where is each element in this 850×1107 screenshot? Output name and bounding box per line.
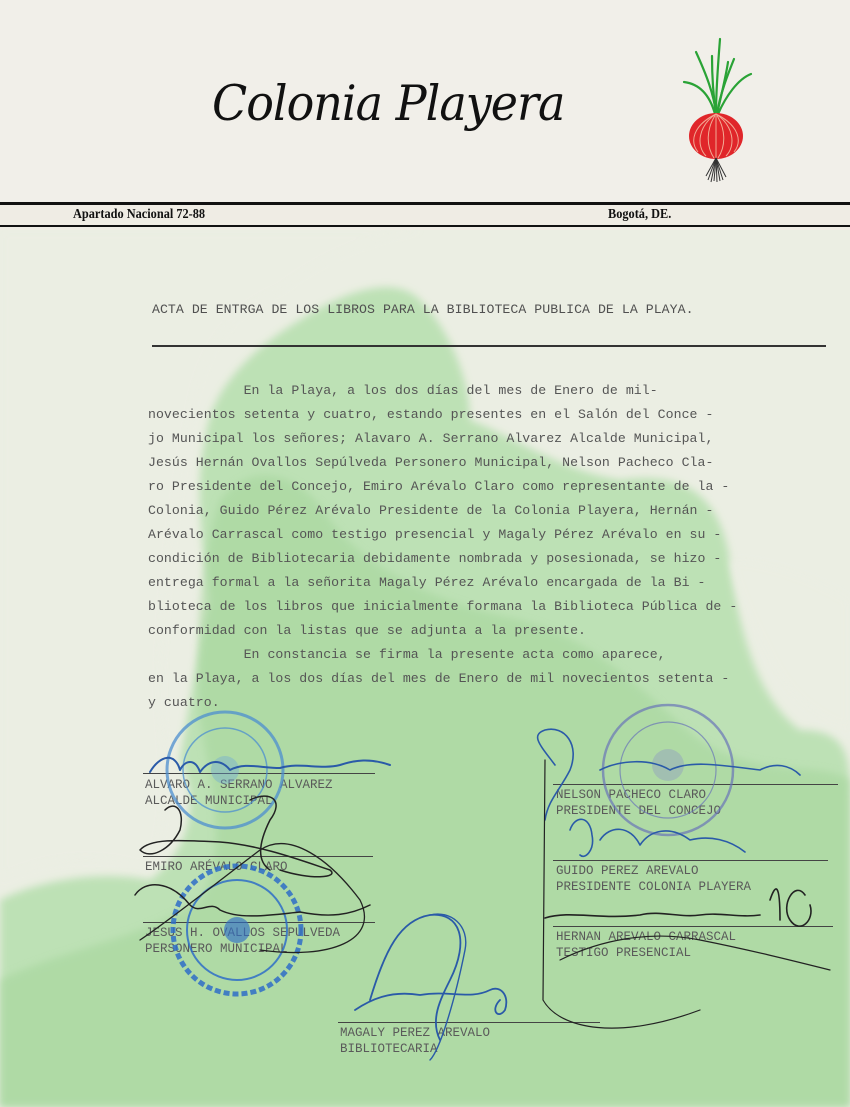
signature-line <box>338 1022 600 1023</box>
signatory-role: PRESIDENTE COLONIA PLAYERA <box>556 879 751 895</box>
signatory-block: JESUS H. OVALLOS SEPULVEDAPERSONERO MUNI… <box>145 925 340 957</box>
signature-line <box>553 860 828 861</box>
body-line: Arévalo Carrascal como testigo presencia… <box>148 527 721 542</box>
signatory-block: EMIRO ARÉVALO CLARO <box>145 859 288 875</box>
signatory-name: HERNAN AREVALO CARRASCAL <box>556 929 736 945</box>
body-line: ro Presidente del Concejo, Emiro Arévalo… <box>148 479 729 494</box>
signature-line <box>143 773 375 774</box>
signature-line <box>553 784 838 785</box>
signatory-role: TESTIGO PRESENCIAL <box>556 945 736 961</box>
signatory-name: ALVARO A. SERRANO ALVAREZ <box>145 777 333 793</box>
letterhead-bottom-rule <box>0 225 850 227</box>
body-line: entrega formal a la señorita Magaly Pére… <box>148 575 705 590</box>
body-line: En la Playa, a los dos días del mes de E… <box>148 383 658 398</box>
body-line: en la Playa, a los dos días del mes de E… <box>148 671 729 686</box>
signatory-block: ALVARO A. SERRANO ALVAREZALCALDE MUNICIP… <box>145 777 333 809</box>
document-page: Colonia Playera Apartado Nacio <box>0 0 850 1107</box>
document-title: ACTA DE ENTRGA DE LOS LIBROS PARA LA BIB… <box>152 302 694 317</box>
signatory-role: PRESIDENTE DEL CONCEJO <box>556 803 721 819</box>
signature-line <box>553 926 833 927</box>
body-line: condición de Bibliotecaria debidamente n… <box>148 551 721 566</box>
signatory-name: MAGALY PEREZ AREVALO <box>340 1025 490 1041</box>
signatory-block: GUIDO PEREZ AREVALOPRESIDENTE COLONIA PL… <box>556 863 751 895</box>
onion-icon <box>676 34 756 184</box>
signature-line <box>143 856 373 857</box>
signatory-name: GUIDO PEREZ AREVALO <box>556 863 751 879</box>
signatory-role: ALCALDE MUNICIPAL <box>145 793 333 809</box>
body-line: Colonia, Guido Pérez Arévalo Presidente … <box>148 503 713 518</box>
letterhead-top-rule <box>0 202 850 205</box>
signatory-role: BIBLIOTECARIA <box>340 1041 490 1057</box>
title-underline <box>152 345 826 347</box>
body-line: novecientos setenta y cuatro, estando pr… <box>148 407 713 422</box>
organization-logo-title: Colonia Playera <box>212 75 564 132</box>
signatory-name: JESUS H. OVALLOS SEPULVEDA <box>145 925 340 941</box>
signatory-block: HERNAN AREVALO CARRASCALTESTIGO PRESENCI… <box>556 929 736 961</box>
signatory-name: NELSON PACHECO CLARO <box>556 787 721 803</box>
body-line: Jesús Hernán Ovallos Sepúlveda Personero… <box>148 455 713 470</box>
body-line: En constancia se firma la presente acta … <box>148 647 666 662</box>
address-text: Apartado Nacional 72-88 <box>73 207 205 223</box>
signatory-block: MAGALY PEREZ AREVALOBIBLIOTECARIA <box>340 1025 490 1057</box>
body-line: conformidad con la listas que se adjunta… <box>148 623 586 638</box>
signature-line <box>143 922 375 923</box>
signatory-block: NELSON PACHECO CLAROPRESIDENTE DEL CONCE… <box>556 787 721 819</box>
city-text: Bogotá, DE. <box>608 207 671 223</box>
signatory-name: EMIRO ARÉVALO CLARO <box>145 859 288 875</box>
body-line: blioteca de los libros que inicialmente … <box>148 599 737 614</box>
body-line: jo Municipal los señores; Alavaro A. Ser… <box>148 431 713 446</box>
body-line: y cuatro. <box>148 695 220 710</box>
signatory-role: PERSONERO MUNICIPAL <box>145 941 340 957</box>
